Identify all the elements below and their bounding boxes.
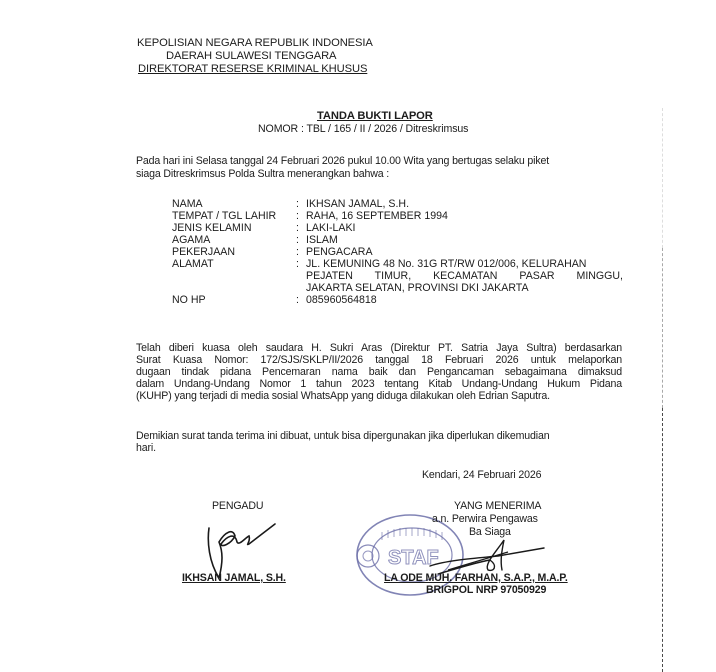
- identity-colon: :: [296, 210, 299, 222]
- paragraph-line: Telah diberi kuasa oleh saudara H. Sukri…: [136, 342, 622, 355]
- letterhead-line-3: DIREKTORAT RESERSE KRIMINAL KHUSUS: [138, 63, 367, 76]
- identity-label: NO HP: [172, 294, 206, 306]
- identity-value-name: IKHSAN JAMAL, S.H.: [306, 198, 409, 210]
- complainant-name: IKHSAN JAMAL, S.H.: [182, 572, 286, 585]
- identity-label: PEKERJAAN: [172, 246, 235, 258]
- identity-colon: :: [296, 222, 299, 234]
- identity-label: AGAMA: [172, 234, 210, 246]
- identity-colon: :: [296, 246, 299, 258]
- intro-line-1: Pada hari ini Selasa tanggal 24 Februari…: [136, 155, 549, 168]
- paragraph-line: dugaan tindak pidana Pencemaran nama bai…: [136, 366, 622, 379]
- identity-value-address-3: JAKARTA SELATAN, PROVINSI DKI JAKARTA: [306, 282, 529, 294]
- complainant-role: PENGADU: [212, 500, 263, 513]
- letterhead-line-1: KEPOLISIAN NEGARA REPUBLIK INDONESIA: [137, 37, 373, 50]
- document-number: NOMOR : TBL / 165 / II / 2026 / Ditreskr…: [258, 123, 468, 136]
- identity-label: NAMA: [172, 198, 203, 210]
- identity-colon: :: [296, 234, 299, 246]
- paragraph-line: dalam Undang-Undang Nomor 1 tahun 2023 t…: [136, 378, 622, 391]
- identity-value-occupation: PENGACARA: [306, 246, 373, 258]
- closing-line-2: hari.: [136, 442, 156, 455]
- paragraph-line: Surat Kuasa Nomor: 172/SJS/SKLP/II/2026 …: [136, 354, 622, 367]
- identity-colon: :: [296, 258, 299, 270]
- document-title: TANDA BUKTI LAPOR: [317, 110, 433, 123]
- letterhead-line-2: DAERAH SULAWESI TENGGARA: [166, 50, 336, 63]
- scan-edge-line: [662, 108, 663, 248]
- identity-value-gender: LAKI-LAKI: [306, 222, 355, 234]
- identity-value-birth: RAHA, 16 SEPTEMBER 1994: [306, 210, 448, 222]
- identity-value-address-1: JL. KEMUNING 48 No. 31G RT/RW 012/006, K…: [306, 258, 586, 270]
- identity-colon: :: [296, 294, 299, 306]
- receiver-rank: BRIGPOL NRP 97050929: [426, 584, 546, 597]
- identity-colon: :: [296, 198, 299, 210]
- identity-value-address-2: PEJATEN TIMUR, KECAMATAN PASAR MINGGU,: [306, 270, 623, 282]
- identity-label: TEMPAT / TGL LAHIR: [172, 210, 276, 222]
- identity-value-phone: 085960564818: [306, 294, 377, 306]
- closing-line-1: Demikian surat tanda terima ini dibuat, …: [136, 430, 549, 443]
- intro-line-2: siaga Ditreskrimsus Polda Sultra meneran…: [136, 168, 389, 181]
- scan-edge-line: [662, 248, 663, 408]
- receiver-sub-1: a.n. Perwira Pengawas: [432, 513, 538, 526]
- receiver-name: LA ODE MUH. FARHAN, S.A.P., M.A.P.: [384, 572, 568, 585]
- scan-edge-line: [662, 408, 663, 672]
- place-date: Kendari, 24 Februari 2026: [422, 469, 541, 482]
- identity-value-religion: ISLAM: [306, 234, 338, 246]
- paragraph-line: (KUHP) yang terjadi di media sosial What…: [136, 390, 550, 403]
- identity-label: JENIS KELAMIN: [172, 222, 251, 234]
- receiver-role: YANG MENERIMA: [454, 500, 541, 513]
- identity-label: ALAMAT: [172, 258, 214, 270]
